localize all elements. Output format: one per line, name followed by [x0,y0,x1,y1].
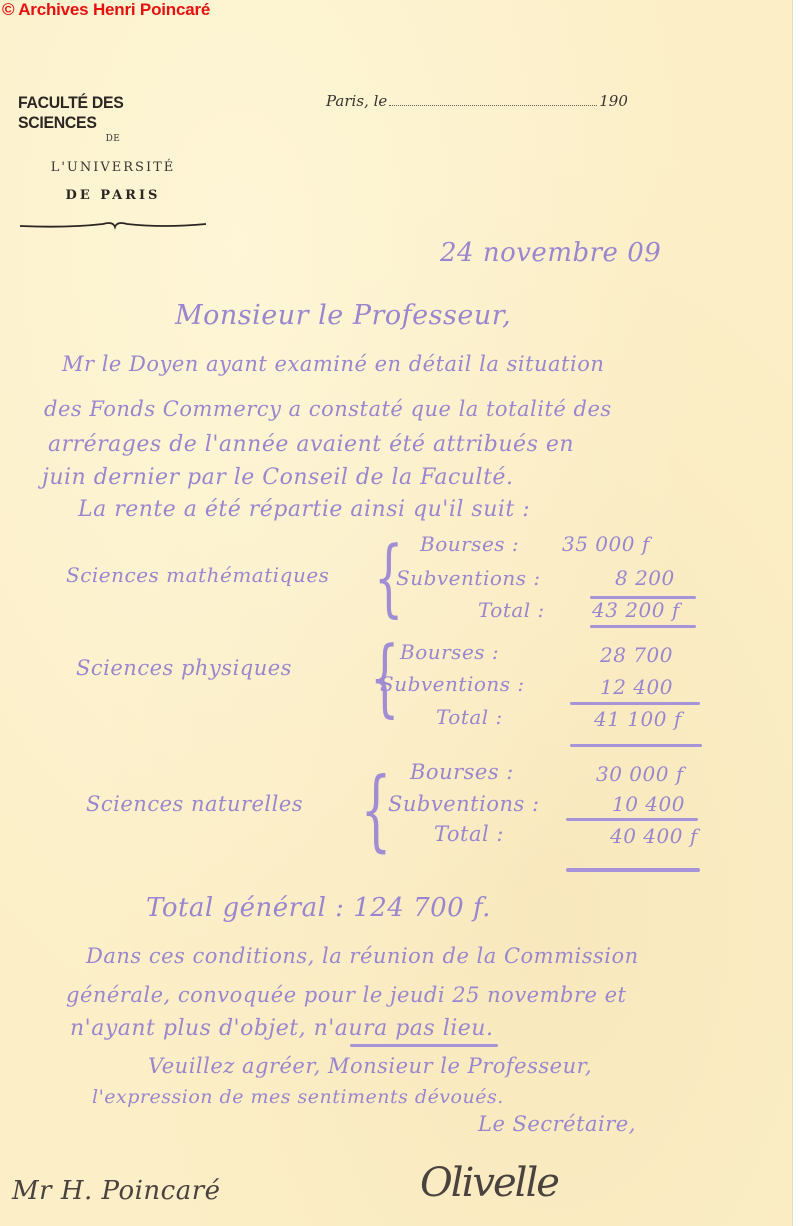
section-label: Sciences naturelles [86,792,303,816]
row-amount: 30 000 f [596,762,684,786]
closing-line-1: Dans ces conditions, la réunion de la Co… [86,944,639,968]
row-label: Subventions : [380,672,525,696]
letter-page: © Archives Henri Poincaré FACULTÉ DES SC… [0,0,793,1226]
sum-rule [570,702,700,705]
total-rule [570,744,702,747]
brace-icon: { [361,758,392,861]
row-label: Total : [436,705,503,729]
body-line-2: des Fonds Commercy a constaté que la tot… [44,397,612,421]
handwritten-date: 24 novembre 09 [440,238,661,268]
letterhead-faculty: FACULTÉ DES SCIENCES [18,93,195,133]
row-amount: 40 400 f [610,824,698,848]
row-amount: 41 100 f [594,707,682,731]
salutation: Monsieur le Professeur, [175,300,511,331]
closing-line-4: Veuillez agréer, Monsieur le Professeur, [148,1054,592,1078]
signature: Olivelle [420,1160,558,1206]
row-amount: 28 700 [600,643,673,667]
total-rule [566,868,700,872]
row-label: Total : [478,598,545,622]
body-line-5: La rente a été répartie ainsi qu'il suit… [78,497,530,522]
body-line-4: juin dernier par le Conseil de la Facult… [42,465,513,490]
total-rule [590,625,696,628]
row-amount: 35 000 f [562,532,650,556]
sum-rule [566,818,698,821]
letterhead-paris: DE PARIS [18,188,208,203]
row-label: Bourses : [410,760,514,784]
dateline-prefix: Paris, le [326,92,387,110]
dateline-dotted-rule [389,93,597,106]
row-label: Bourses : [420,532,519,556]
row-amount: 10 400 [612,792,685,816]
letterhead-university: L'UNIVERSITÉ [18,160,208,175]
body-line-1: Mr le Doyen ayant examiné en détail la s… [62,352,604,376]
body-line-3: arrérages de l'année avaient été attribu… [48,432,574,457]
section-label: Sciences mathématiques [66,563,329,587]
printed-dateline: Paris, le 190 [326,92,628,110]
section-label: Sciences physiques [76,656,292,680]
closing-line-5: l'expression de mes sentiments dévoués. [92,1086,504,1108]
letterhead-flourish-icon [18,218,208,232]
row-amount: 8 200 [615,566,675,590]
row-label: Bourses : [400,640,499,664]
archive-watermark: © Archives Henri Poincaré [2,0,210,20]
closing-line-2: générale, convoquée pour le jeudi 25 nov… [66,983,626,1007]
row-label: Total : [434,822,504,846]
dateline-year: 190 [599,92,628,110]
row-amount: 43 200 f [592,598,680,622]
row-label: Subventions : [388,792,540,816]
signatory-title: Le Secrétaire, [478,1112,636,1136]
addressee: Mr H. Poincaré [12,1176,221,1206]
row-label: Subventions : [396,566,541,590]
letterhead-de: DE [18,134,208,144]
grand-total: Total général : 124 700 f. [146,893,491,923]
closing-line-3: n'ayant plus d'objet, n'aura pas lieu. [70,1016,493,1041]
underline-rule [350,1044,498,1047]
row-amount: 12 400 [600,675,673,699]
